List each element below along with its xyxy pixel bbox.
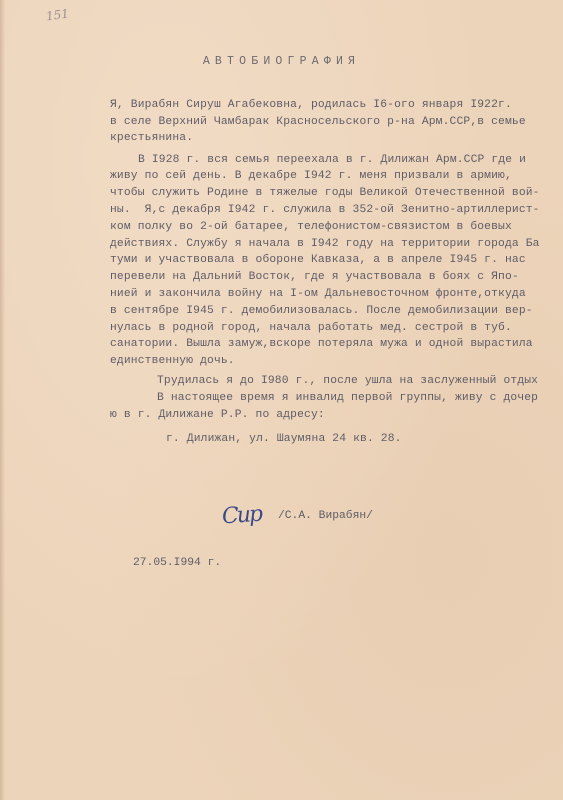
text-line: ком полку во 2-ой батарее, телефонистом-… xyxy=(110,220,512,234)
address-line: г. Дилижан, ул. Шаумяна 24 кв. 28. xyxy=(166,432,402,446)
document-date: 27.05.I994 г. xyxy=(133,557,221,569)
text-line: перевели на Дальний Восток, где я участв… xyxy=(110,270,519,284)
text-line: нией и закончила войну на I-ом Дальневос… xyxy=(110,287,526,301)
text-line: нулась в родной город, начала работать м… xyxy=(110,321,512,335)
text-line: крестьянина. xyxy=(110,131,193,145)
text-line: ны. Я,с декабря I942 г. служила в 352-ой… xyxy=(110,203,540,217)
text-line: в селе Верхний Чамбарак Красносельского … xyxy=(110,115,526,129)
document-title: АВТОБИОГРАФИЯ xyxy=(0,55,563,68)
text-line: единственную дочь. xyxy=(110,354,235,368)
text-line: В I928 г. вся семья переехала в г. Дилиж… xyxy=(138,153,526,167)
text-line: В настоящее время я инвалид первой групп… xyxy=(157,391,538,405)
signature-name: /С.А. Вирабян/ xyxy=(278,510,373,522)
text-line: санатории. Вышла замуж,вскоре потеряла м… xyxy=(110,337,533,351)
text-line: действиях. Службу я начала в I942 году н… xyxy=(110,237,540,251)
paper-edge xyxy=(0,0,5,800)
text-line: чтобы служить Родине в тяжелые годы Вели… xyxy=(110,186,540,200)
document-page: 151 АВТОБИОГРАФИЯ Я, Вирабян Сируш Агабе… xyxy=(0,0,563,800)
text-line: ю в г. Дилижане Р.Р. по адресу: xyxy=(110,408,325,422)
handwritten-signature: Сир xyxy=(221,502,262,530)
page-number: 151 xyxy=(45,6,70,23)
text-line: живу по сей день. В декабре I942 г. меня… xyxy=(110,169,512,183)
text-line: в сентябре I945 г. демобилизовалась. Пос… xyxy=(110,304,533,318)
text-line: Я, Вирабян Сируш Агабековна, родилась I6… xyxy=(110,98,512,112)
text-line: Трудилась я до I980 г., после ушла на за… xyxy=(157,374,538,388)
text-line: туми и участвовала в обороне Кавказа, а … xyxy=(110,253,526,267)
